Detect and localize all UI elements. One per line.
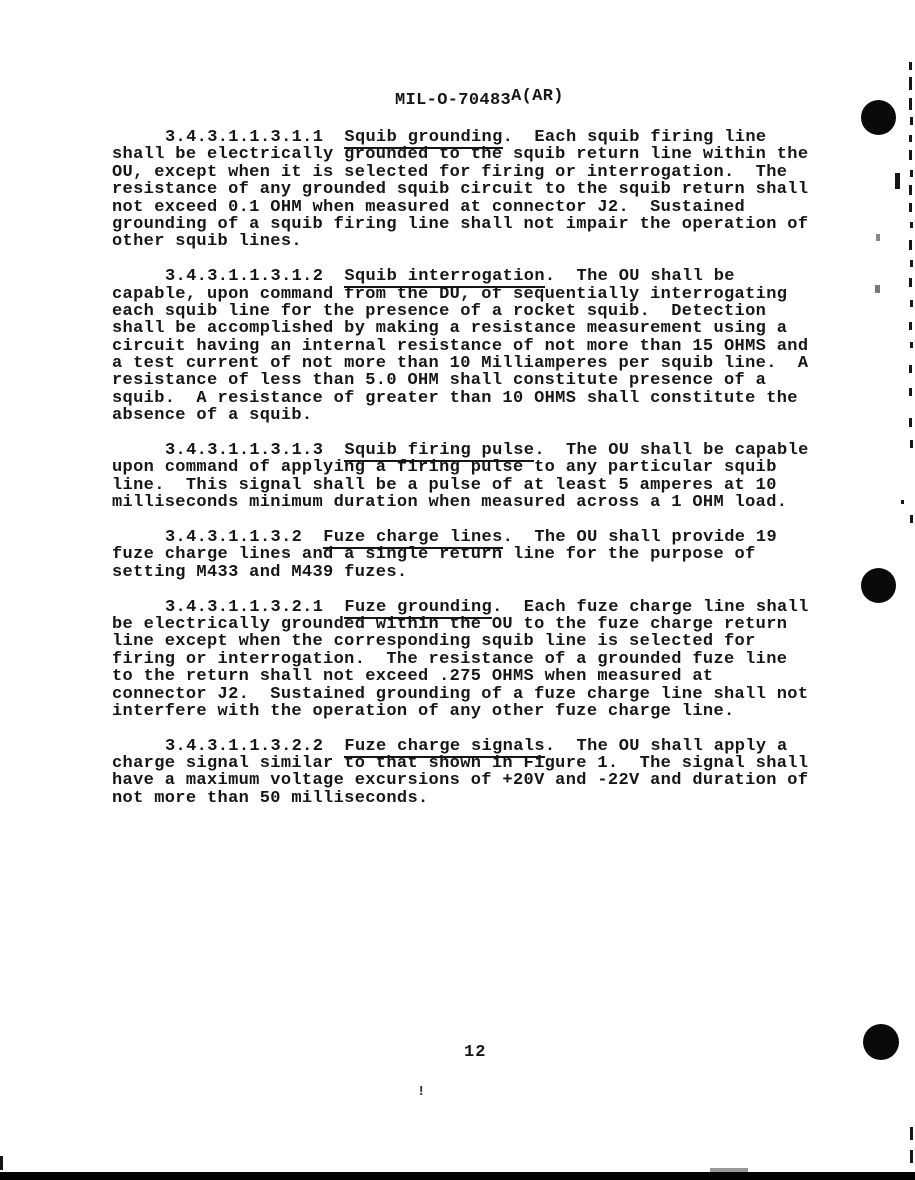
paragraph-squib-firing-pulse: 3.4.3.1.1.3.1.3 Squib firing pulse. The …	[112, 442, 827, 512]
section-number: 3.4.3.1.1.3.1.3	[165, 441, 344, 460]
paragraph-fuze-charge-signals: 3.4.3.1.1.3.2.2 Fuze charge signals. The…	[112, 738, 827, 808]
scan-edge-mark	[910, 170, 913, 177]
body-line: squib. A resistance of greater than 10 O…	[112, 390, 827, 407]
scan-edge-mark	[910, 260, 913, 267]
heading-line-rest: . The OU shall be capable	[534, 441, 808, 460]
body-line: a test current of not more than 10 Milli…	[112, 355, 827, 372]
body-line: grounding of a squib firing line shall n…	[112, 216, 827, 233]
bottom-scan-bar	[0, 1172, 915, 1180]
section-number: 3.4.3.1.1.3.2	[165, 528, 323, 547]
scan-edge-mark	[910, 342, 913, 348]
scan-edge-mark	[909, 365, 912, 373]
section-number: 3.4.3.1.1.3.1.1	[165, 128, 344, 147]
scan-edge-mark	[910, 117, 913, 125]
body-line: milliseconds minimum duration when measu…	[112, 494, 827, 511]
scan-edge-mark	[910, 300, 913, 307]
scan-edge-mark	[909, 62, 912, 70]
heading-line-rest: . Each fuze charge line shall	[492, 598, 809, 617]
body-line: shall be electrically grounded to the sq…	[112, 146, 827, 163]
punch-hole-mark	[861, 568, 896, 603]
punch-hole-mark	[861, 100, 896, 135]
body-line: circuit having an internal resistance of…	[112, 338, 827, 355]
spec-number-main: MIL-O-70483	[395, 91, 511, 110]
body-line: OU, except when it is selected for firin…	[112, 164, 827, 181]
scan-edge-mark	[909, 278, 912, 287]
scan-edge-mark	[909, 98, 912, 110]
body-line: each squib line for the presence of a ro…	[112, 303, 827, 320]
scan-edge-mark	[909, 203, 912, 212]
scan-edge-mark	[909, 150, 912, 160]
body-line: upon command of applying a firing pulse …	[112, 459, 827, 476]
scan-edge-mark	[901, 500, 904, 504]
body-line: charge signal similar to that shown in F…	[112, 755, 827, 772]
body-line: have a maximum voltage excursions of +20…	[112, 772, 827, 789]
stray-ink-mark: !	[417, 1084, 425, 1100]
heading-line-rest: . Each squib firing line	[503, 128, 767, 147]
scan-edge-mark	[909, 77, 912, 90]
heading-line-rest: . The OU shall provide 19	[503, 528, 777, 547]
body-line: shall be accomplished by making a resist…	[112, 320, 827, 337]
heading-line-rest: . The OU shall be	[545, 267, 735, 286]
body-line: capable, upon command from the DU, of se…	[112, 286, 827, 303]
section-number: 3.4.3.1.1.3.2.1	[165, 598, 344, 617]
body-line: absence of a squib.	[112, 407, 827, 424]
scan-edge-mark	[909, 388, 912, 396]
paragraph-squib-grounding: 3.4.3.1.1.3.1.1 Squib grounding. Each sq…	[112, 129, 827, 251]
body-line: not exceed 0.1 OHM when measured at conn…	[112, 199, 827, 216]
scan-edge-mark	[909, 185, 912, 195]
heading-line-rest: . The OU shall apply a	[545, 737, 788, 756]
scan-edge-mark	[909, 322, 912, 330]
paragraph-fuze-charge-lines: 3.4.3.1.1.3.2 Fuze charge lines. The OU …	[112, 529, 827, 581]
body-line: fuze charge lines and a single return li…	[112, 546, 827, 563]
body-line: line except when the corresponding squib…	[112, 633, 827, 650]
paragraph-heading-line: 3.4.3.1.1.3.2.2 Fuze charge signals. The…	[112, 738, 827, 755]
scan-edge-mark	[910, 1127, 913, 1140]
scan-edge-mark	[910, 440, 913, 448]
body-line: not more than 50 milliseconds.	[112, 790, 827, 807]
paragraph-heading-line: 3.4.3.1.1.3.1.1 Squib grounding. Each sq…	[112, 129, 827, 146]
body-line: firing or interrogation. The resistance …	[112, 651, 827, 668]
spec-number-suffix: A(AR)	[511, 87, 564, 106]
body-line: be electrically grounded within the OU t…	[112, 616, 827, 633]
body-line: resistance of less than 5.0 OHM shall co…	[112, 372, 827, 389]
document-body: 3.4.3.1.1.3.1.1 Squib grounding. Each sq…	[112, 129, 827, 825]
body-line: connector J2. Sustained grounding of a f…	[112, 686, 827, 703]
scan-edge-mark	[909, 418, 912, 427]
body-line: resistance of any grounded squib circuit…	[112, 181, 827, 198]
scan-edge-mark	[875, 285, 880, 293]
section-number: 3.4.3.1.1.3.2.2	[165, 737, 344, 756]
scan-edge-mark	[910, 1150, 913, 1163]
paragraph-squib-interrogation: 3.4.3.1.1.3.1.2 Squib interrogation. The…	[112, 268, 827, 425]
paragraph-heading-line: 3.4.3.1.1.3.2.1 Fuze grounding. Each fuz…	[112, 599, 827, 616]
paragraph-fuze-grounding: 3.4.3.1.1.3.2.1 Fuze grounding. Each fuz…	[112, 599, 827, 721]
paragraph-heading-line: 3.4.3.1.1.3.2 Fuze charge lines. The OU …	[112, 529, 827, 546]
scan-edge-mark	[910, 222, 913, 228]
paragraph-heading-line: 3.4.3.1.1.3.1.2 Squib interrogation. The…	[112, 268, 827, 285]
punch-hole-mark	[863, 1024, 899, 1060]
body-line: setting M433 and M439 fuzes.	[112, 564, 827, 581]
page-number: 12	[464, 1043, 486, 1062]
body-line: other squib lines.	[112, 233, 827, 250]
scan-edge-mark	[910, 515, 913, 523]
scan-edge-mark	[895, 173, 900, 189]
body-line: line. This signal shall be a pulse of at…	[112, 477, 827, 494]
scan-edge-mark	[909, 135, 912, 142]
body-line: to the return shall not exceed .275 OHMS…	[112, 668, 827, 685]
scan-edge-mark	[0, 1156, 3, 1170]
scanned-document-page: MIL-O-70483A(AR) 3.4.3.1.1.3.1.1 Squib g…	[0, 0, 915, 1180]
section-number: 3.4.3.1.1.3.1.2	[165, 267, 344, 286]
body-line: interfere with the operation of any othe…	[112, 703, 827, 720]
scan-edge-mark	[876, 234, 880, 241]
doc-spec-number: MIL-O-70483A(AR)	[395, 91, 564, 110]
scan-edge-mark	[909, 240, 912, 250]
paragraph-heading-line: 3.4.3.1.1.3.1.3 Squib firing pulse. The …	[112, 442, 827, 459]
